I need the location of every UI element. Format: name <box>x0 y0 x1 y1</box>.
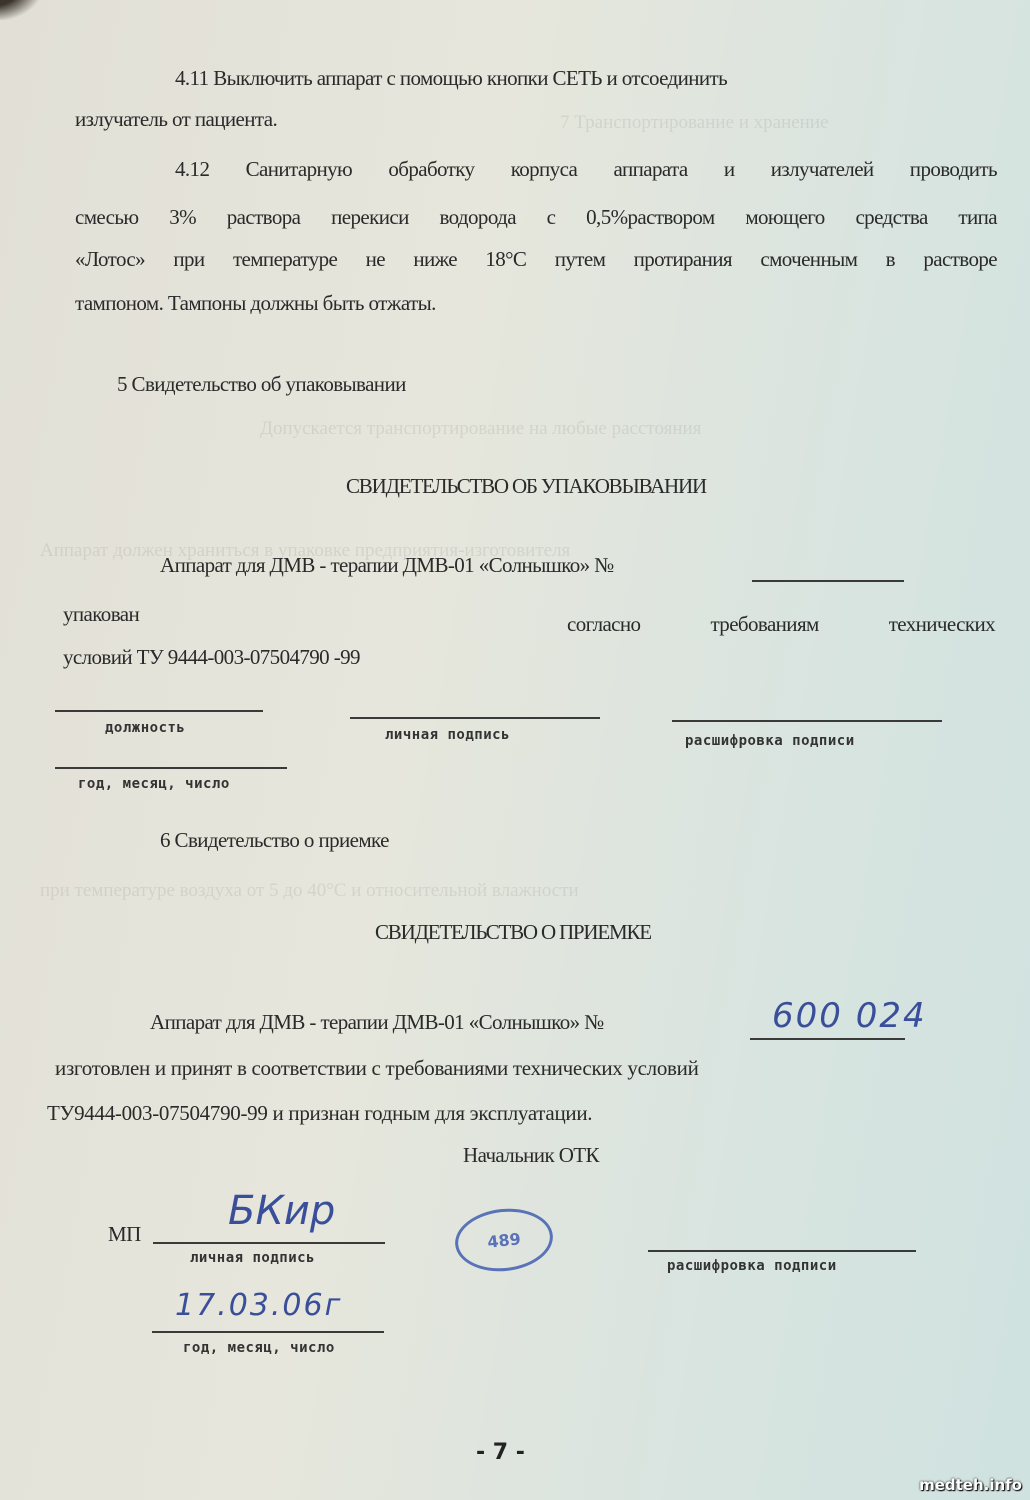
section-5-heading: 5 Свидетельство об упаковывании <box>117 372 406 397</box>
item-4-11-line2: излучатель от пациента. <box>75 107 277 132</box>
mp-label: МП <box>108 1222 141 1247</box>
caption-signature: личная подпись <box>385 727 510 743</box>
item-4-12-line2: смесью 3% раствора перекиси водорода с 0… <box>75 205 997 230</box>
chief-qc-label: Начальник ОТК <box>463 1143 599 1168</box>
acceptance-decoding-line <box>648 1250 916 1252</box>
acceptance-caption-signature: личная подпись <box>190 1250 315 1266</box>
qc-stamp: 489 <box>452 1204 556 1276</box>
item-4-12-line3: «Лотос» при температуре не ниже 18°С пут… <box>75 247 997 272</box>
packing-serial-blank <box>752 580 904 582</box>
date-line <box>55 767 287 769</box>
bleed-through-text: Допускается транспортирование на любые р… <box>260 418 701 440</box>
item-4-12-line1: 4.12 Санитарную обработку корпуса аппара… <box>175 157 997 182</box>
acceptance-caption-decoding: расшифровка подписи <box>667 1258 837 1274</box>
caption-position: должность <box>105 720 185 736</box>
watermark: medteh.info <box>919 1476 1022 1494</box>
photo-corner-shadow <box>0 0 40 20</box>
acceptance-date-line <box>152 1331 384 1333</box>
acceptance-device-line: Аппарат для ДМВ - терапии ДМВ-01 «Солныш… <box>150 1010 604 1035</box>
acceptance-made-line: изготовлен и принят в соответствии с тре… <box>55 1056 699 1081</box>
caption-date: год, месяц, число <box>78 776 230 792</box>
caption-decoding: расшифровка подписи <box>685 733 855 749</box>
acceptance-spec-line: ТУ9444-003-07504790-99 и признан годным … <box>47 1101 592 1126</box>
packing-requirements: согласно требованиям технических <box>567 612 995 637</box>
page-number: - 7 - <box>476 1440 525 1465</box>
handwritten-serial-number: 600 024 <box>772 996 927 1036</box>
qc-stamp-number: 489 <box>486 1229 521 1251</box>
section-6-heading: 6 Свидетельство о приемке <box>160 828 389 853</box>
packing-device-line: Аппарат для ДМВ - терапии ДМВ-01 «Солныш… <box>160 553 614 578</box>
acceptance-signature-line <box>153 1242 385 1244</box>
bleed-through-text: 7 Транспортирование и хранение <box>560 112 828 134</box>
handwritten-signature: БКир <box>228 1188 335 1234</box>
acceptance-serial-line <box>750 1038 905 1040</box>
packing-certificate-title: СВИДЕТЕЛЬСТВО ОБ УПАКОВЫВАНИИ <box>346 474 706 499</box>
handwritten-date: 17.03.06г <box>175 1288 342 1323</box>
item-4-11-line1: 4.11 Выключить аппарат с помощью кнопки … <box>175 66 727 91</box>
decoding-line <box>672 720 942 722</box>
packing-conditions: условий ТУ 9444-003-07504790 -99 <box>63 645 360 670</box>
item-4-12-line4: тампоном. Тампоны должны быть отжаты. <box>75 291 436 316</box>
acceptance-caption-date: год, месяц, число <box>183 1340 335 1356</box>
position-line <box>55 710 263 712</box>
packing-packed-word: упакован <box>63 602 139 627</box>
bleed-through-text: при температуре воздуха от 5 до 40°С и о… <box>40 880 579 902</box>
signature-line <box>350 717 600 719</box>
acceptance-certificate-title: СВИДЕТЕЛЬСТВО О ПРИЕМКЕ <box>375 920 651 945</box>
